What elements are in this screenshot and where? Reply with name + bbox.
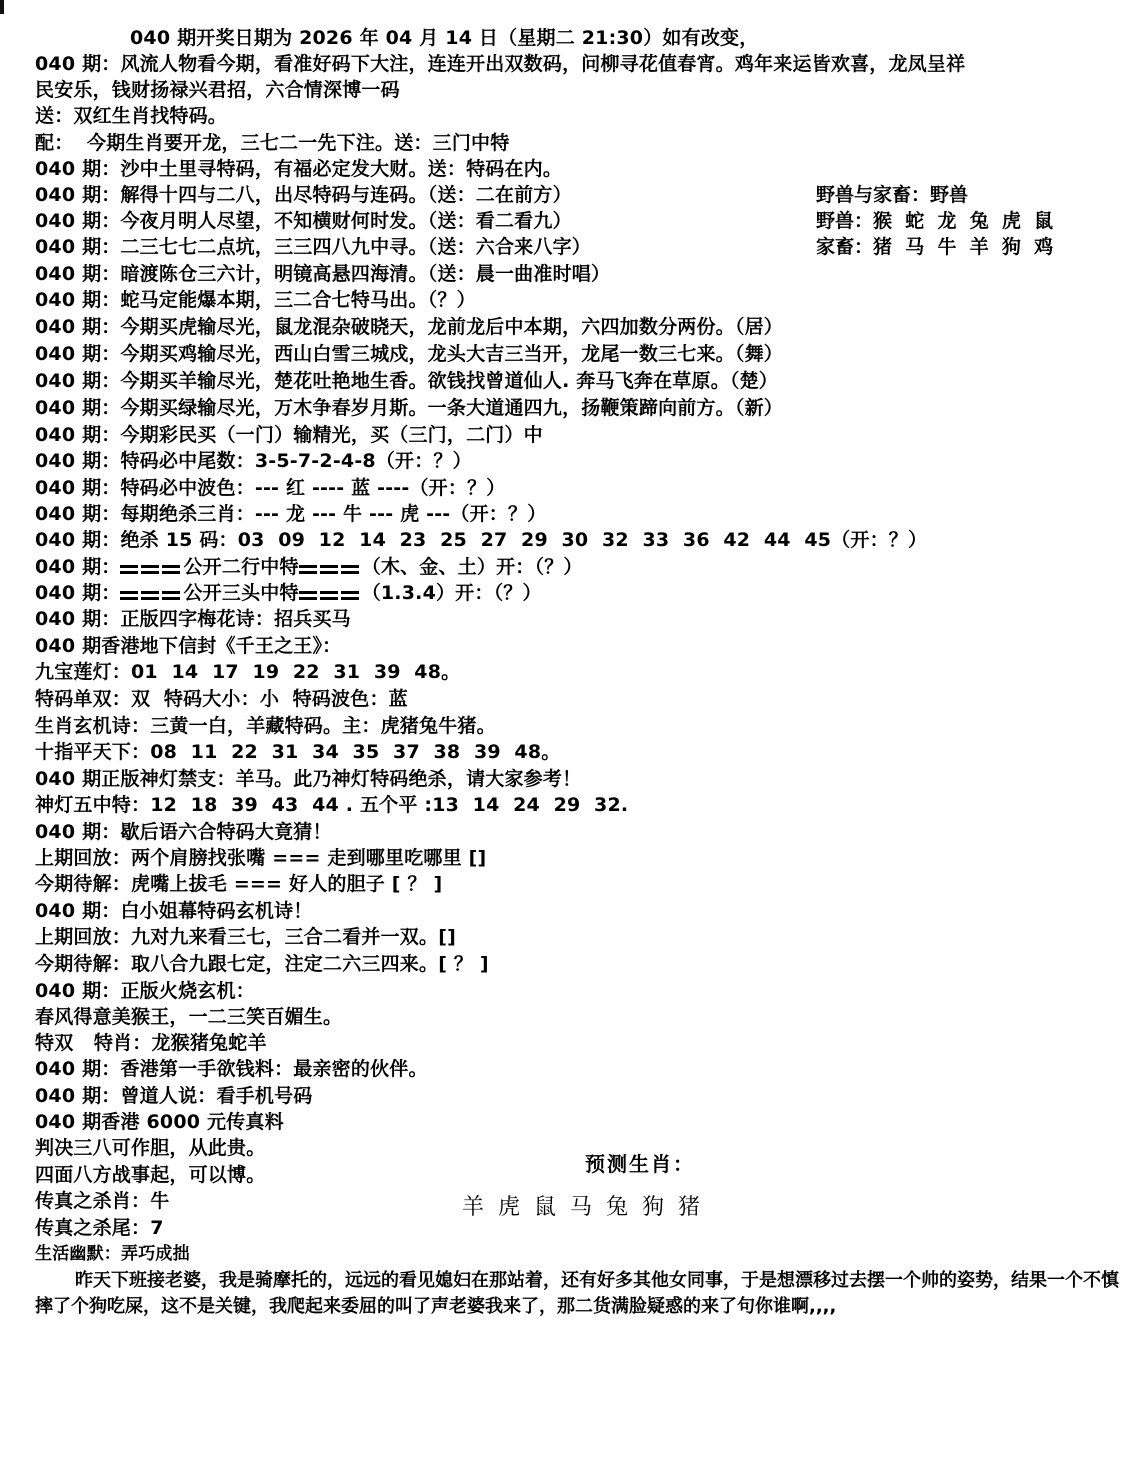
bar-line-middle: 公开二行中特 (183, 556, 298, 578)
text-line: 040 期：特码必中波色：--- 红 ---- 蓝 ----（开：？） (35, 476, 505, 500)
text-line: 传真之杀肖：牛 (35, 1189, 169, 1213)
text-line: 040 期：正版火烧玄机： (35, 979, 255, 1003)
text-line: 040 期：绝杀 15 码：03 09 12 14 23 25 27 29 30… (35, 528, 927, 552)
redacted-bars (120, 556, 183, 580)
text-line: 040 期：今期买虎输尽光，鼠龙混杂破晓天，龙前龙后中本期，六四加数分两份。（居… (35, 315, 783, 339)
redacted-bars (299, 582, 362, 606)
text-line: 040 期：曾道人说：看手机号码 (35, 1084, 312, 1108)
text-line: 上期回放：九对九来看三七，三合二看并一双。[] (35, 925, 456, 949)
text-line: 040 期：特码必中尾数：3-5-7-2-4-8（开：？） (35, 449, 472, 473)
redacted-bars (299, 556, 362, 580)
prediction-title: 预测生肖： (585, 1148, 695, 1177)
text-line: 特码单双：双 特码大小：小 特码波色：蓝 (35, 687, 408, 711)
text-line: 今期待解：虎嘴上拔毛 === 好人的胆子 [ ？ ] (35, 872, 442, 896)
text-line: 040 期：今期买羊输尽光，楚花吐艳地生香。欲钱找曾道仙人. 奔马飞奔在草原。（… (35, 369, 778, 393)
redacted-bars (120, 582, 183, 606)
wild-vs-domestic-title: 野兽与家畜：野兽 (816, 183, 968, 207)
draw-date-notice: 040 期开奖日期为 2026 年 04 月 14 日（星期二 21:30）如有… (130, 26, 758, 50)
text-line: 生肖玄机诗：三黄一白，羊藏特码。主：虎猪兔牛猪。 (35, 714, 496, 738)
text-line: 上期回放：两个肩膀找张嘴 === 走到哪里吃哪里 [] (35, 846, 486, 870)
text-line: 四面八方战事起，可以博。 (35, 1163, 265, 1187)
text-line: 九宝莲灯：01 14 17 19 22 31 39 48。 (35, 660, 460, 684)
text-line: 040 期：沙中土里寻特码，有福必定发大财。送：特码在内。 (35, 157, 562, 181)
text-line: 判决三八可作胆，从此贵。 (35, 1136, 265, 1160)
text-line: 040 期：暗渡陈仓三六计，明镜高悬四海清。（送：晨一曲准时唱） (35, 262, 610, 286)
joke-text: 昨天下班接老婆，我是骑摩托的，远远的看见媳妇在那站着，还有好多其他女同事，于是想… (35, 1270, 1119, 1317)
text-line: 040 期香港地下信封《千王之王》： (35, 634, 341, 658)
bar-line-prefix: 040 期： (35, 582, 120, 604)
text-line: 040 期：风流人物看今期，看准好码下大注，连连开出双数码，问柳寻花值春宵。鸡年… (35, 52, 965, 76)
text-line: 040 期正版神灯禁支：羊马。此乃神灯特码绝杀，请大家参考！ (35, 767, 581, 791)
text-line: 神灯五中特：12 18 39 43 44 . 五个平 :13 14 24 29 … (35, 793, 628, 817)
prediction-zodiacs: 羊虎鼠马兔狗猪 (462, 1190, 714, 1221)
text-line: 040 期：香港第一手欲钱料：最亲密的伙伴。 (35, 1057, 428, 1081)
text-line: 民安乐，钱财扬禄兴君招，六合情深博一码 (35, 78, 400, 102)
text-line: 十指平天下：08 11 22 31 34 35 37 38 39 48。 (35, 740, 560, 764)
text-line: 040 期：每期绝杀三肖：--- 龙 --- 牛 --- 虎 ---（开：？） (35, 502, 546, 526)
text-line: 040 期：解得十四与二八，出尽特码与连码。（送：二在前方） (35, 183, 572, 207)
bar-line-prefix: 040 期： (35, 556, 120, 578)
text-line: 040 期：今期买鸡输尽光，西山白雪三城戍，龙头大吉三当开，龙尾一数三七来。（舞… (35, 342, 783, 366)
wild-animals-list: 野兽：猴 蛇 龙 兔 虎 鼠 (816, 209, 1053, 233)
text-line: 040 期：今期买绿输尽光，万木争春岁月斯。一条大道通四九，扬鞭策蹄向前方。（新… (35, 396, 783, 420)
joke-paragraph: 昨天下班接老婆，我是骑摩托的，远远的看见媳妇在那站着，还有好多其他女同事，于是想… (35, 1268, 1125, 1320)
text-line: 040 期：今期彩民买（一门）输精光，买（三门，二门）中 (35, 423, 543, 447)
bar-line: 040 期：公开二行中特（木、金、土）开：（？） (35, 555, 583, 580)
text-line: 今期待解：取八合九跟七定，注定二六三四来。[ ？ ] (35, 952, 489, 976)
text-line: 040 期：白小姐幕特码玄机诗！ (35, 899, 312, 923)
text-line: 春风得意美猴王，一二三笑百媚生。 (35, 1005, 342, 1029)
text-line: 送：双红生肖找特码。 (35, 104, 227, 128)
text-line: 040 期：正版四字梅花诗：招兵买马 (35, 607, 351, 631)
bar-line-suffix: （1.3.4）开：（？） (362, 582, 542, 604)
bar-line-suffix: （木、金、土）开：（？） (362, 556, 583, 578)
text-line: 040 期香港 6000 元传真料 (35, 1110, 284, 1134)
text-line: 040 期：蛇马定能爆本期，三二合七特马出。（？） (35, 288, 476, 312)
text-line: 040 期：今夜月明人尽望，不知横财何时发。（送：看二看九） (35, 209, 572, 233)
text-line: 生活幽默：弄巧成拙 (35, 1242, 190, 1266)
text-line: 特双 特肖：龙猴猪兔蛇羊 (35, 1031, 267, 1055)
bar-line-middle: 公开三头中特 (183, 582, 298, 604)
corner-mark (0, 0, 4, 14)
text-line: 040 期：二三七七二点坑，三三四八九中寻。（送：六合来八字） (35, 235, 591, 259)
text-line: 配： 今期生肖要开龙，三七二一先下注。送：三门中特 (35, 131, 509, 155)
domestic-animals-list: 家畜：猪 马 牛 羊 狗 鸡 (816, 235, 1053, 259)
bar-line: 040 期：公开三头中特（1.3.4）开：（？） (35, 581, 542, 606)
text-line: 040 期：歇后语六合特码大竟猜！ (35, 820, 332, 844)
text-line: 传真之杀尾：7 (35, 1216, 164, 1240)
